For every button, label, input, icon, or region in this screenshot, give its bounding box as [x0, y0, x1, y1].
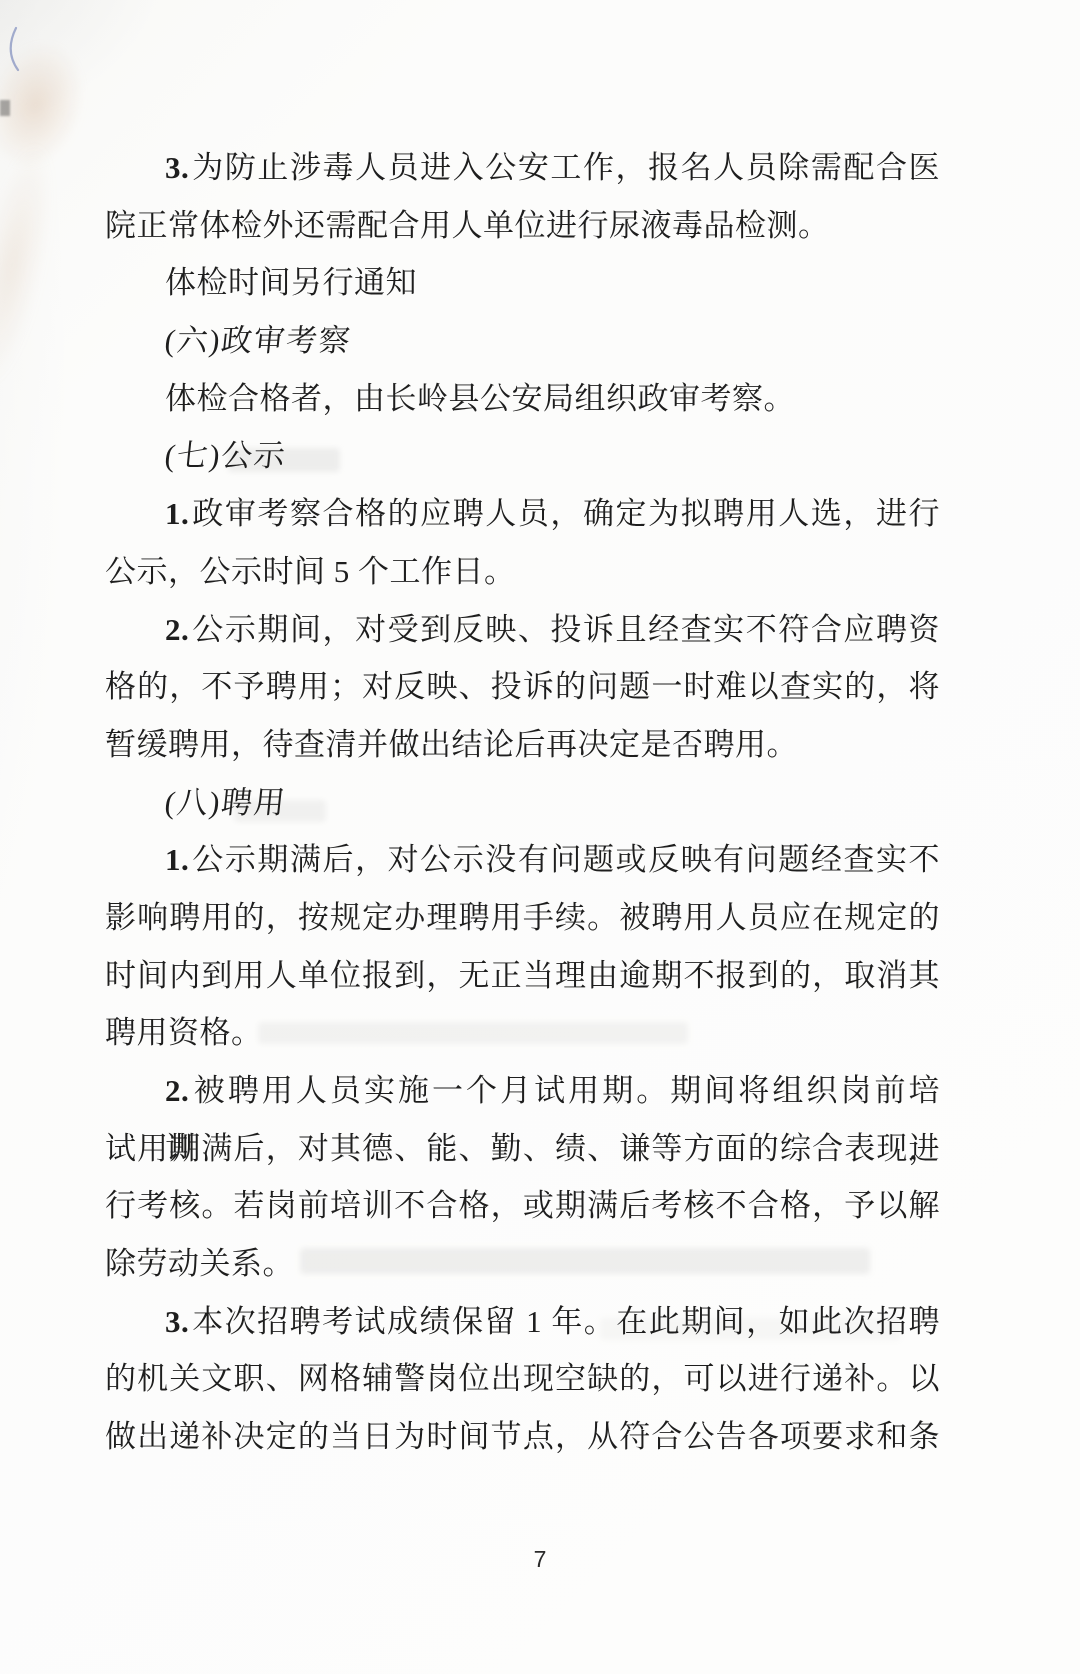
paragraph-number: 1. [165, 496, 191, 531]
text-line: 公示，公示时间 5 个工作日。 [105, 543, 940, 601]
paragraph-number: 3. [165, 1304, 191, 1339]
line-text: 格的，不予聘用；对反映、投诉的问题一时难以查实的，将 [105, 669, 940, 704]
text-line: 做出递补决定的当日为时间节点，从符合公告各项要求和条 [105, 1408, 940, 1466]
text-line: 3.本次招聘考试成绩保留 1 年。在此期间，如此次招聘 [105, 1293, 940, 1351]
paragraph-number: 2. [165, 612, 191, 647]
text-line: 院正常体检外还需配合用人单位进行尿液毒品检测。 [105, 197, 940, 255]
text-line: 影响聘用的，按规定办理聘用手续。被聘用人员应在规定的 [105, 889, 940, 947]
page-number: 7 [0, 1546, 1080, 1573]
line-text: 暂缓聘用，待查清并做出结论后再决定是否聘用。 [105, 727, 798, 762]
line-text: 政审考察合格的应聘人员，确定为拟聘用人选，进行 [191, 496, 940, 531]
line-text: 本次招聘考试成绩保留 1 年。在此期间，如此次招聘 [191, 1304, 940, 1339]
line-text: 的机关文职、网格辅警岗位出现空缺的，可以进行递补。以 [105, 1361, 940, 1396]
text-line: 行考核。若岗前培训不合格，或期满后考核不合格，予以解 [105, 1177, 940, 1235]
text-line: 除劳动关系。 [105, 1235, 940, 1293]
text-block: 3.为防止涉毒人员进入公安工作，报名人员除需配合医院正常体检外还需配合用人单位进… [105, 139, 940, 1466]
text-line: 格的，不予聘用；对反映、投诉的问题一时难以查实的，将 [105, 658, 940, 716]
text-line: 体检时间另行通知 [105, 254, 940, 312]
line-text: 为防止涉毒人员进入公安工作，报名人员除需配合医 [191, 150, 940, 185]
text-line: 暂缓聘用，待查清并做出结论后再决定是否聘用。 [105, 716, 940, 774]
line-text: 公示，公示时间 5 个工作日。 [105, 554, 516, 589]
text-line: 1.政审考察合格的应聘人员，确定为拟聘用人选，进行 [105, 485, 940, 543]
text-line: 的机关文职、网格辅警岗位出现空缺的，可以进行递补。以 [105, 1350, 940, 1408]
text-line: 体检合格者，由长岭县公安局组织政审考察。 [105, 370, 940, 428]
text-line: 时间内到用人单位报到，无正当理由逾期不报到的，取消其 [105, 947, 940, 1005]
document-page: 3.为防止涉毒人员进入公安工作，报名人员除需配合医院正常体检外还需配合用人单位进… [0, 0, 1080, 1674]
section-heading: (八)聘用 [105, 774, 940, 832]
paragraph-number: 1. [165, 842, 191, 877]
text-line: 2.被聘用人员实施一个月试用期。期间将组织岗前培训， [105, 1062, 940, 1120]
scan-edge-mark [0, 100, 10, 116]
text-line: 3.为防止涉毒人员进入公安工作，报名人员除需配合医 [105, 139, 940, 197]
line-text: 聘用资格。 [105, 1015, 263, 1050]
line-text: 做出递补决定的当日为时间节点，从符合公告各项要求和条 [105, 1419, 940, 1454]
line-text: 时间内到用人单位报到，无正当理由逾期不报到的，取消其 [105, 958, 940, 993]
line-text: (八)聘用 [162, 774, 289, 832]
text-line: 试用期满后，对其德、能、勤、绩、谦等方面的综合表现进 [105, 1120, 940, 1178]
line-text: 公示期满后，对公示没有问题或反映有问题经查实不 [191, 842, 940, 877]
line-text: 试用期满后，对其德、能、勤、绩、谦等方面的综合表现进 [105, 1131, 940, 1166]
line-text: (六)政审考察 [162, 312, 354, 370]
scan-smudge [0, 136, 67, 393]
section-heading: (六)政审考察 [105, 312, 940, 370]
text-line: 1.公示期满后，对公示没有问题或反映有问题经查实不 [105, 831, 940, 889]
text-line: 2.公示期间，对受到反映、投诉且经查实不符合应聘资 [105, 601, 940, 659]
paragraph-number: 2. [165, 1073, 191, 1108]
pen-mark [4, 24, 34, 74]
line-text: 影响聘用的，按规定办理聘用手续。被聘用人员应在规定的 [105, 900, 940, 935]
scan-smudge [0, 29, 101, 182]
line-text: (七)公示 [162, 427, 289, 485]
paragraph-number: 3. [165, 150, 191, 185]
line-text: 除劳动关系。 [105, 1246, 294, 1281]
line-text: 体检合格者，由长岭县公安局组织政审考察。 [165, 381, 795, 416]
line-text: 行考核。若岗前培训不合格，或期满后考核不合格，予以解 [105, 1188, 940, 1223]
section-heading: (七)公示 [105, 427, 940, 485]
line-text: 院正常体检外还需配合用人单位进行尿液毒品检测。 [105, 208, 830, 243]
line-text: 公示期间，对受到反映、投诉且经查实不符合应聘资 [191, 612, 940, 647]
line-text: 体检时间另行通知 [165, 265, 417, 300]
text-line: 聘用资格。 [105, 1004, 940, 1062]
